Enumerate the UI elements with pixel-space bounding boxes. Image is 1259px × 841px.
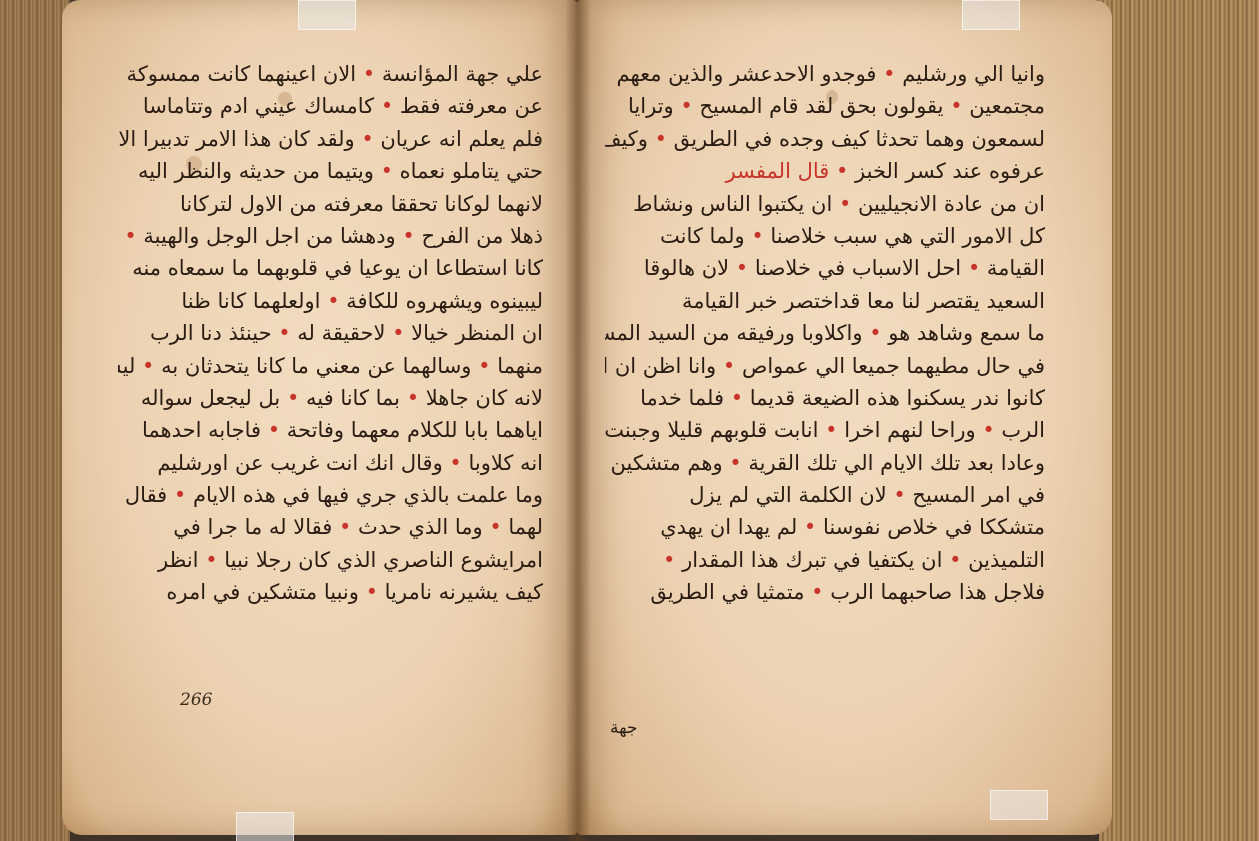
red-section-mark: •	[804, 515, 816, 539]
text-line: ليبينوه ويشهروه للكافة • اولعلهما كانا ظ…	[118, 285, 543, 317]
red-section-mark: •	[278, 321, 290, 345]
text-line: فلاجل هذا صاحبهما الرب • متمثيا في الطري…	[605, 576, 1045, 608]
text-line: الرب • وراحا لنهم اخرا • انابت قلوبهم قل…	[605, 414, 1045, 446]
left-page-text: علي جهة المؤانسة • الان اعينهما كانت ممس…	[118, 58, 543, 609]
text-line: حتي يتاملو نعماه • ويتيما من حديثه والنظ…	[118, 155, 543, 187]
red-section-mark: •	[723, 354, 735, 378]
red-section-mark: •	[883, 62, 895, 86]
text-line: كيف يشيرنه نامريا • ونبيا متشكين في امره	[118, 576, 543, 608]
red-section-mark: •	[950, 94, 962, 118]
red-section-mark: •	[361, 127, 373, 151]
red-section-mark: •	[825, 418, 837, 442]
red-section-mark: •	[839, 192, 851, 216]
text-line: التلميذين • ان يكتفيا في تبرك هذا المقدا…	[605, 544, 1045, 576]
red-section-mark: •	[736, 256, 748, 280]
red-section-mark: •	[811, 580, 823, 604]
text-line: مجتمعين • يقولون بحق لقد قام المسيح • وت…	[605, 90, 1045, 122]
binding-gutter	[565, 0, 591, 841]
text-line: متشككا في خلاص نفوسنا • لم يهدا ان يهدي	[605, 511, 1045, 543]
red-section-mark: •	[402, 224, 414, 248]
red-section-mark: •	[381, 159, 393, 183]
red-section-mark: •	[407, 386, 419, 410]
red-section-mark: •	[982, 418, 994, 442]
red-section-mark: •	[339, 515, 351, 539]
text-line: في حال مطيهما جميعا الي عمواص • وانا اظن…	[605, 350, 1045, 382]
red-section-mark: •	[751, 224, 763, 248]
text-line: اياهما بابا للكلام معهما وفاتحة • فاجابه…	[118, 414, 543, 446]
red-section-mark: •	[174, 483, 186, 507]
text-line: لهما • وما الذي حدث • فقالا له ما جرا في	[118, 511, 543, 543]
text-line: لانه كان جاهلا • بما كانا فيه • بل ليجعل…	[118, 382, 543, 414]
text-line: ان المنظر خيالا • لاحقيقة له • حينئذ دنا…	[118, 317, 543, 349]
red-section-mark: •	[363, 62, 375, 86]
text-line: كانوا ندر يسكنوا هذه الضيعة قديما • فلما…	[605, 382, 1045, 414]
page-number: 266	[180, 690, 212, 710]
rubric-line: عرفوه عند كسر الخبز • قال المفسر	[605, 155, 1045, 187]
text-line: السعيد يقتصر لنا معا قداختصر خبر القيامة	[605, 285, 1045, 317]
catchword: جهة	[610, 718, 637, 738]
right-page-edges	[1099, 0, 1259, 841]
text-line: وما علمت بالذي جري فيها في هذه الايام • …	[118, 479, 543, 511]
red-section-mark: •	[381, 94, 393, 118]
text-line: علي جهة المؤانسة • الان اعينهما كانت ممس…	[118, 58, 543, 90]
protective-tab	[962, 0, 1020, 30]
text-segment: عرفوه عند كسر الخبز •	[836, 159, 1045, 183]
protective-tab	[298, 0, 356, 30]
red-section-mark: •	[655, 127, 667, 151]
red-section-mark: •	[680, 94, 692, 118]
text-line: ذهلا من الفرح • ودهشا من اجل الوجل والهي…	[118, 220, 543, 252]
red-section-mark: •	[731, 386, 743, 410]
text-line: كانا استطاعا ان يوعيا في قلوبهما ما سمعا…	[118, 252, 543, 284]
red-section-mark: •	[869, 321, 881, 345]
right-page-text: وانيا الي ورشليم • فوجدو الاحدعشر والذين…	[605, 58, 1045, 609]
red-section-mark: •	[366, 580, 378, 604]
text-line: القيامة • احل الاسباب في خلاصنا • لان ها…	[605, 252, 1045, 284]
rubric-heading: قال المفسر	[726, 159, 830, 183]
text-line: انه كلاوبا • وقال انك انت غريب عن اورشلي…	[118, 447, 543, 479]
red-section-mark: •	[392, 321, 404, 345]
text-line: لسمعون وهما تحدثا كيف وجده في الطريق • و…	[605, 123, 1045, 155]
red-section-mark: •	[893, 483, 905, 507]
red-section-mark: •	[478, 354, 490, 378]
red-section-mark: •	[287, 386, 299, 410]
text-line: لانهما لوكانا تحققا معرفته من الاول لترك…	[118, 188, 543, 220]
red-section-mark: •	[663, 548, 675, 572]
red-section-mark: •	[729, 451, 741, 475]
red-section-mark: •	[327, 289, 339, 313]
red-section-mark: •	[449, 451, 461, 475]
text-line: امرايشوع الناصري الذي كان رجلا نبيا • ان…	[118, 544, 543, 576]
red-section-mark: •	[489, 515, 501, 539]
text-line: وانيا الي ورشليم • فوجدو الاحدعشر والذين…	[605, 58, 1045, 90]
text-line: منهما • وسالهما عن معني ما كانا يتحدثان …	[118, 350, 543, 382]
red-section-mark: •	[968, 256, 980, 280]
red-section-mark: •	[268, 418, 280, 442]
text-line: فلم يعلم انه عريان • ولقد كان هذا الامر …	[118, 123, 543, 155]
protective-tab	[236, 812, 294, 841]
left-page-edges	[0, 0, 70, 841]
protective-tab	[990, 790, 1048, 820]
text-line: عن معرفته فقط • كامساك عيني ادم وتتاماسا	[118, 90, 543, 122]
text-line: وعادا بعد تلك الايام الي تلك القرية • وه…	[605, 447, 1045, 479]
text-line: ان من عادة الانجيليين • ان يكتبوا الناس …	[605, 188, 1045, 220]
text-line: ما سمع وشاهد هو • واكلاوبا ورفيقه من الس…	[605, 317, 1045, 349]
red-section-mark: •	[124, 224, 136, 248]
red-section-mark: •	[949, 548, 961, 572]
text-line: كل الامور التي هي سبب خلاصنا • ولما كانت	[605, 220, 1045, 252]
red-section-mark: •	[142, 354, 154, 378]
red-section-mark: •	[836, 159, 848, 183]
text-line: في امر المسيح • لان الكلمة التي لم يزل	[605, 479, 1045, 511]
red-section-mark: •	[205, 548, 217, 572]
